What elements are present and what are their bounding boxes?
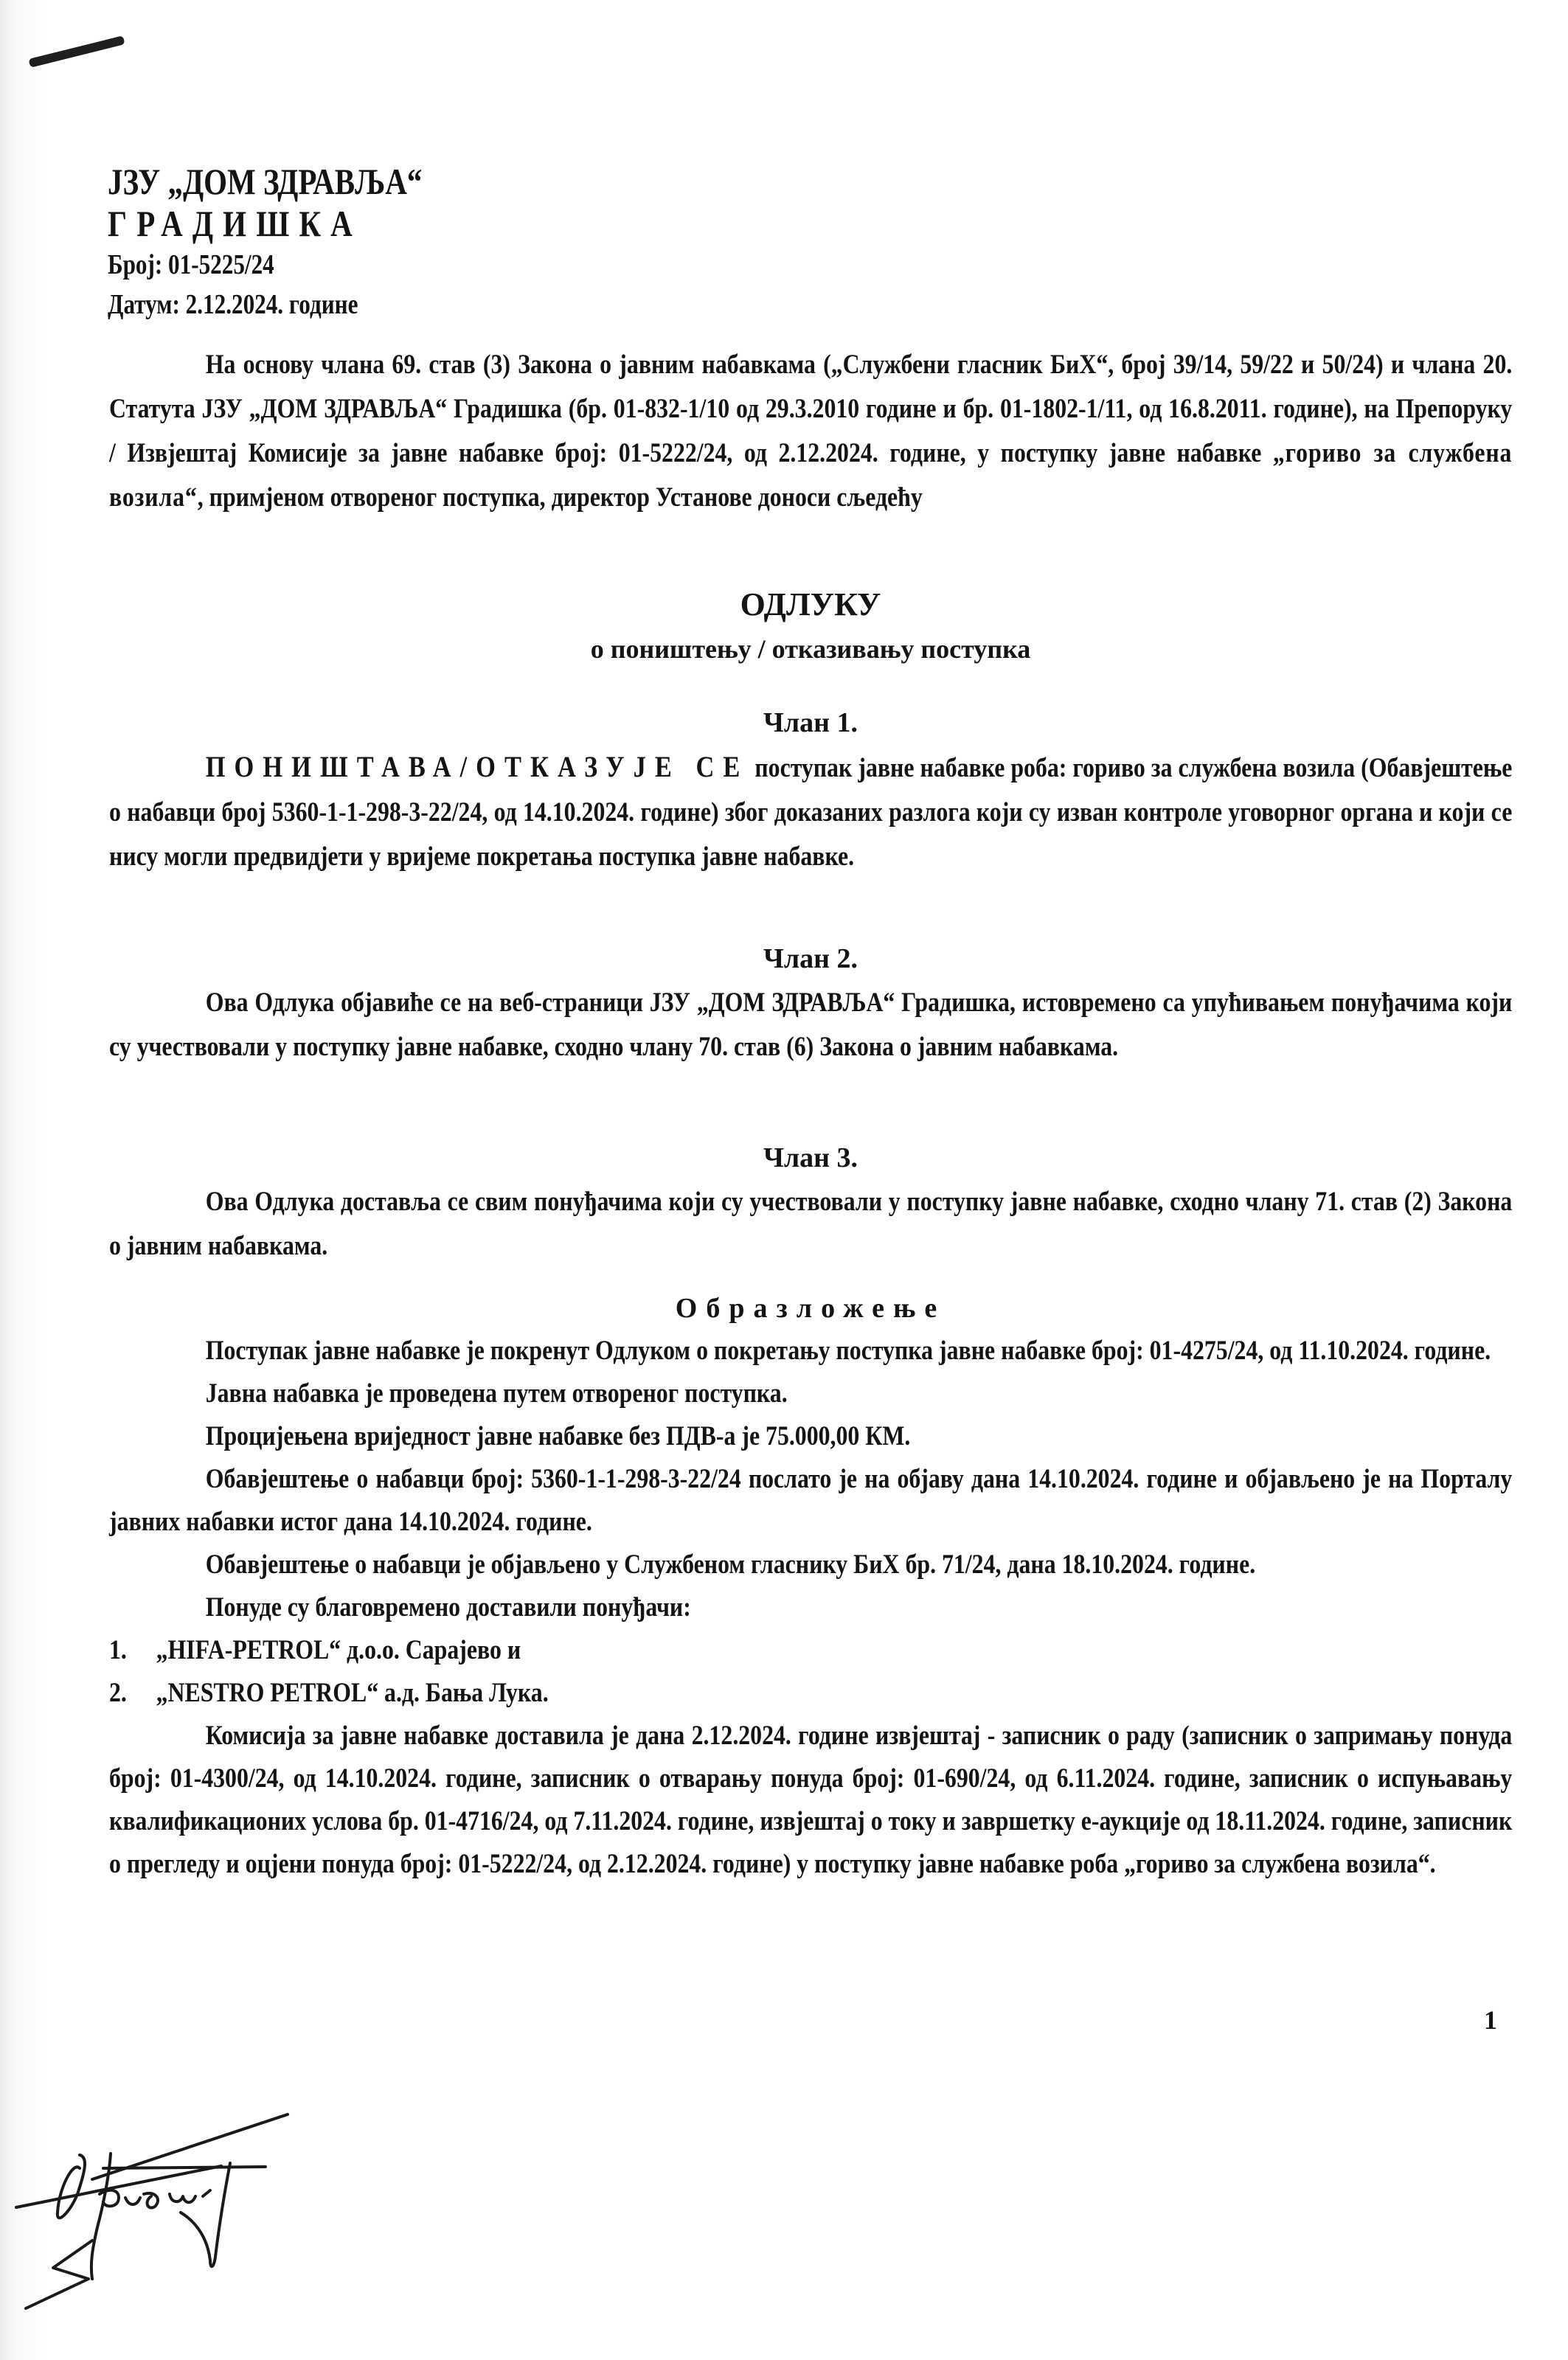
article-text: ПОНИШТАВА/ОТКАЗУЈЕ СЕ поступак јавне наб… <box>109 745 1512 879</box>
bidder-number: 1. <box>109 1629 156 1672</box>
reasoning-paragraph: Понуде су благовремено доставили понуђач… <box>109 1586 1512 1629</box>
reasoning-paragraph: Обавјештење о набавци број: 5360-1-1-298… <box>109 1458 1512 1544</box>
bidder-number: 2. <box>109 1672 156 1715</box>
bidder-name: „HIFA-PETROL“ д.о.о. Сарајево и <box>156 1629 521 1672</box>
article-lead: ПОНИШТАВА/ОТКАЗУЈЕ СЕ <box>206 750 749 783</box>
institution-name: ЈЗУ „ДОМ ЗДРАВЉА“ <box>108 161 422 202</box>
bidder-list-item: 2. „NESTRO PETROL“ а.д. Бања Лука. <box>109 1672 1512 1715</box>
preamble: На основу члана 69. став (3) Закона о ја… <box>109 343 1512 520</box>
article-heading: Члан 2. <box>109 937 1512 981</box>
document-number: Број: 01-5225/24 <box>108 245 422 285</box>
preamble-paragraph: На основу члана 69. став (3) Закона о ја… <box>109 343 1512 520</box>
reasoning-paragraph: Обавјештење о набавци је објављено у Слу… <box>109 1544 1512 1586</box>
institution-city: ГРАДИШКА <box>108 202 422 245</box>
reasoning-paragraph: Јавна набавка је проведена путем отворен… <box>109 1372 1512 1415</box>
bidder-list-item: 1. „HIFA-PETROL“ д.о.о. Сарајево и <box>109 1629 1512 1672</box>
bidder-name: „NESTRO PETROL“ а.д. Бања Лука. <box>156 1672 549 1715</box>
article-text: Ова Одлука објавиће се на веб-страници Ј… <box>109 981 1512 1069</box>
decision-title: ОДЛУКУ <box>109 583 1512 627</box>
document-header: ЈЗУ „ДОМ ЗДРАВЉА“ ГРАДИШКА Број: 01-5225… <box>108 161 491 324</box>
article-2: Члан 2. Ова Одлука објавиће се на веб-ст… <box>109 937 1512 1069</box>
reasoning-closing-paragraph: Комисија за јавне набавке доставила је д… <box>109 1715 1512 1886</box>
reasoning-heading: Образложење <box>109 1287 1512 1330</box>
article-3: Члан 3. Ова Одлука доставља се свим пону… <box>109 1136 1512 1268</box>
reasoning-section: Образложење Поступак јавне набавке је по… <box>109 1287 1512 1886</box>
article-text: Ова Одлука доставља се свим понуђачима к… <box>109 1180 1512 1268</box>
decision-subtitle: о поништењу / отказивању поступка <box>109 627 1512 671</box>
decision-heading: ОДЛУКУ о поништењу / отказивању поступка <box>109 583 1512 671</box>
reasoning-paragraph: Процијењена вриједност јавне набавке без… <box>109 1415 1512 1458</box>
article-1: Члан 1. ПОНИШТАВА/ОТКАЗУЈЕ СЕ поступак ј… <box>109 701 1512 879</box>
article-heading: Члан 1. <box>109 701 1512 745</box>
page-number: 1 <box>1484 2005 1497 2036</box>
article-heading: Члан 3. <box>109 1136 1512 1180</box>
preamble-text-end: , примјеном отвореног поступка, директор… <box>198 482 923 513</box>
reasoning-paragraph: Поступак јавне набавке је покренут Одлук… <box>109 1330 1512 1372</box>
document-date: Датум: 2.12.2024. године <box>108 285 422 324</box>
signature-icon <box>0 2036 590 2360</box>
document-page: ЈЗУ „ДОМ ЗДРАВЉА“ ГРАДИШКА Број: 01-5225… <box>0 0 1568 2360</box>
staple-icon <box>29 35 125 68</box>
